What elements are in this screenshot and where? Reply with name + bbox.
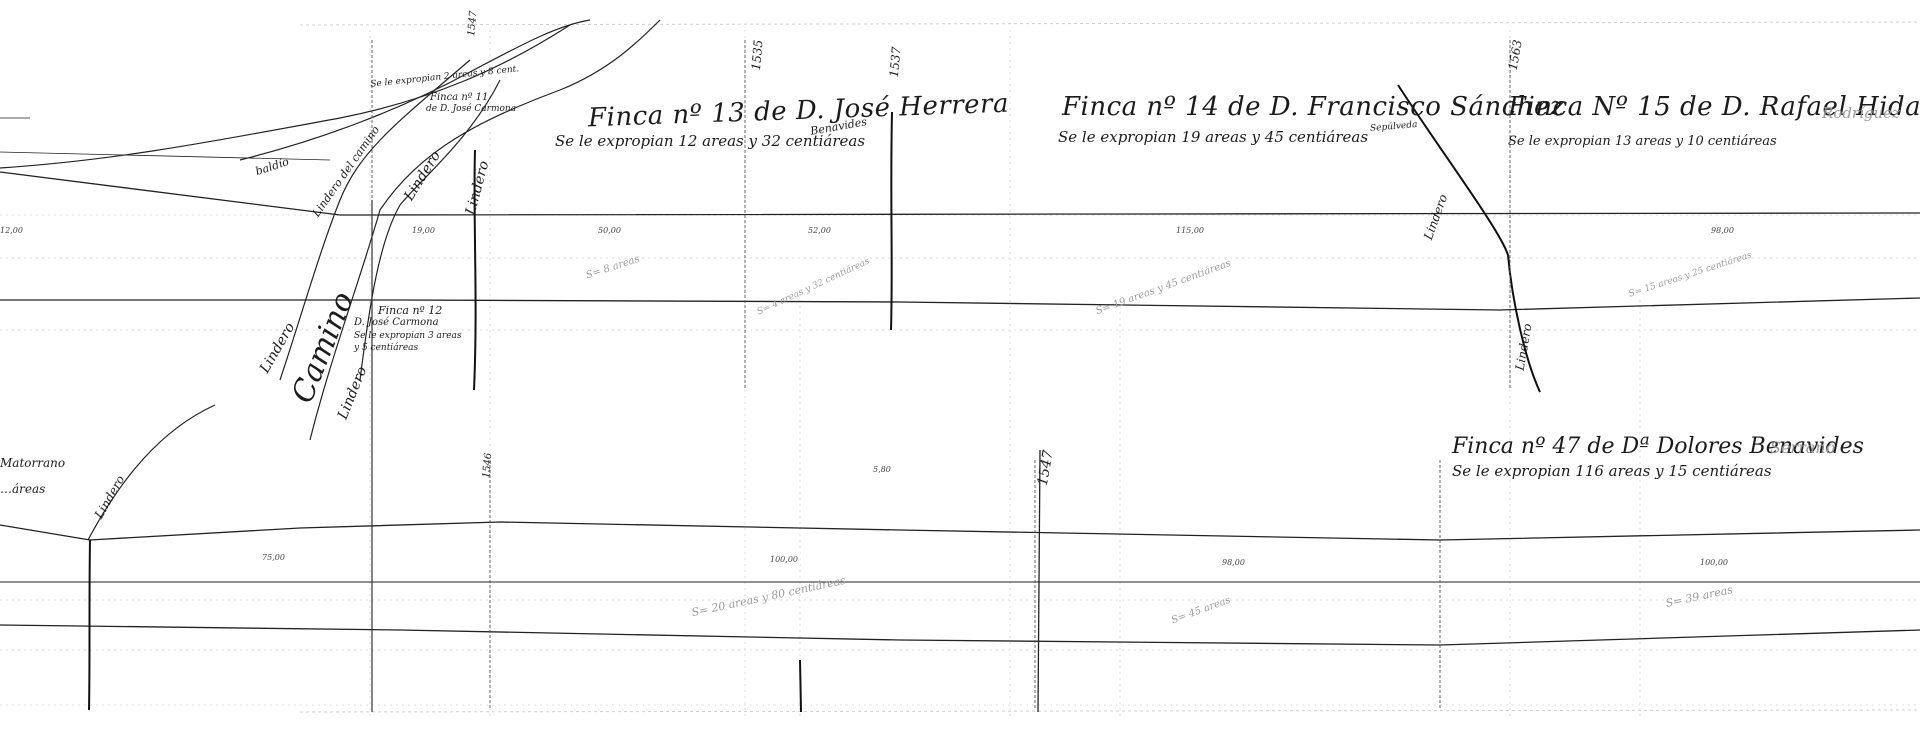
parcel-11-title: Finca nº 11 <box>430 92 488 103</box>
parcel-12-title: Finca nº 12 <box>378 304 442 317</box>
dimension-label: 98,00 <box>1222 558 1245 567</box>
parcel-15-title-extra: Rodríguez <box>1822 104 1900 122</box>
parcel-47-area: Se le expropian 116 areas y 15 centiárea… <box>1452 462 1772 480</box>
parcel-15-area: Se le expropian 13 areas y 10 centiáreas <box>1508 134 1777 149</box>
parcel-12-owner: D. José Carmona <box>354 317 439 328</box>
station-number: 1546 <box>481 452 494 478</box>
station-number: 1547 <box>466 10 479 36</box>
dimension-label: 5,80 <box>873 465 891 474</box>
parcel-14-area: Se le expropian 19 areas y 45 centiáreas <box>1058 128 1368 146</box>
dimension-label: 115,00 <box>1176 226 1204 235</box>
parcel-13-area: Se le expropian 12 areas y 32 centiáreas <box>555 132 865 150</box>
station-number: 1535 <box>749 39 766 71</box>
left-edge-text: …áreas <box>0 482 45 496</box>
station-number: 1537 <box>887 46 904 78</box>
parcel-11-owner: de D. José Carmona <box>426 104 516 114</box>
dimension-label: 100,00 <box>1700 558 1728 567</box>
parcel-47-title-extra: Serrano <box>1770 438 1835 457</box>
dimension-label: 19,00 <box>412 226 435 235</box>
lower-band-lines <box>0 522 1920 645</box>
bottom-border <box>300 710 1920 712</box>
dimension-label: 52,00 <box>808 226 831 235</box>
dimension-label: 98,00 <box>1711 226 1734 235</box>
dimension-label: 12,00 <box>0 226 23 235</box>
parcel-14-title: Finca nº 14 de D. Francisco Sánchez <box>1062 92 1564 122</box>
parcel-12-area: Se le expropian 3 areas y 5 centiáreas <box>354 330 464 354</box>
dimension-label: 75,00 <box>262 553 285 562</box>
camino-curves <box>0 20 660 540</box>
left-edge-text: Matorrano <box>0 456 65 470</box>
top-border <box>300 22 1920 25</box>
pk-line <box>1038 450 1040 712</box>
dimension-label: 100,00 <box>770 555 798 564</box>
dimension-label: 50,00 <box>598 226 621 235</box>
